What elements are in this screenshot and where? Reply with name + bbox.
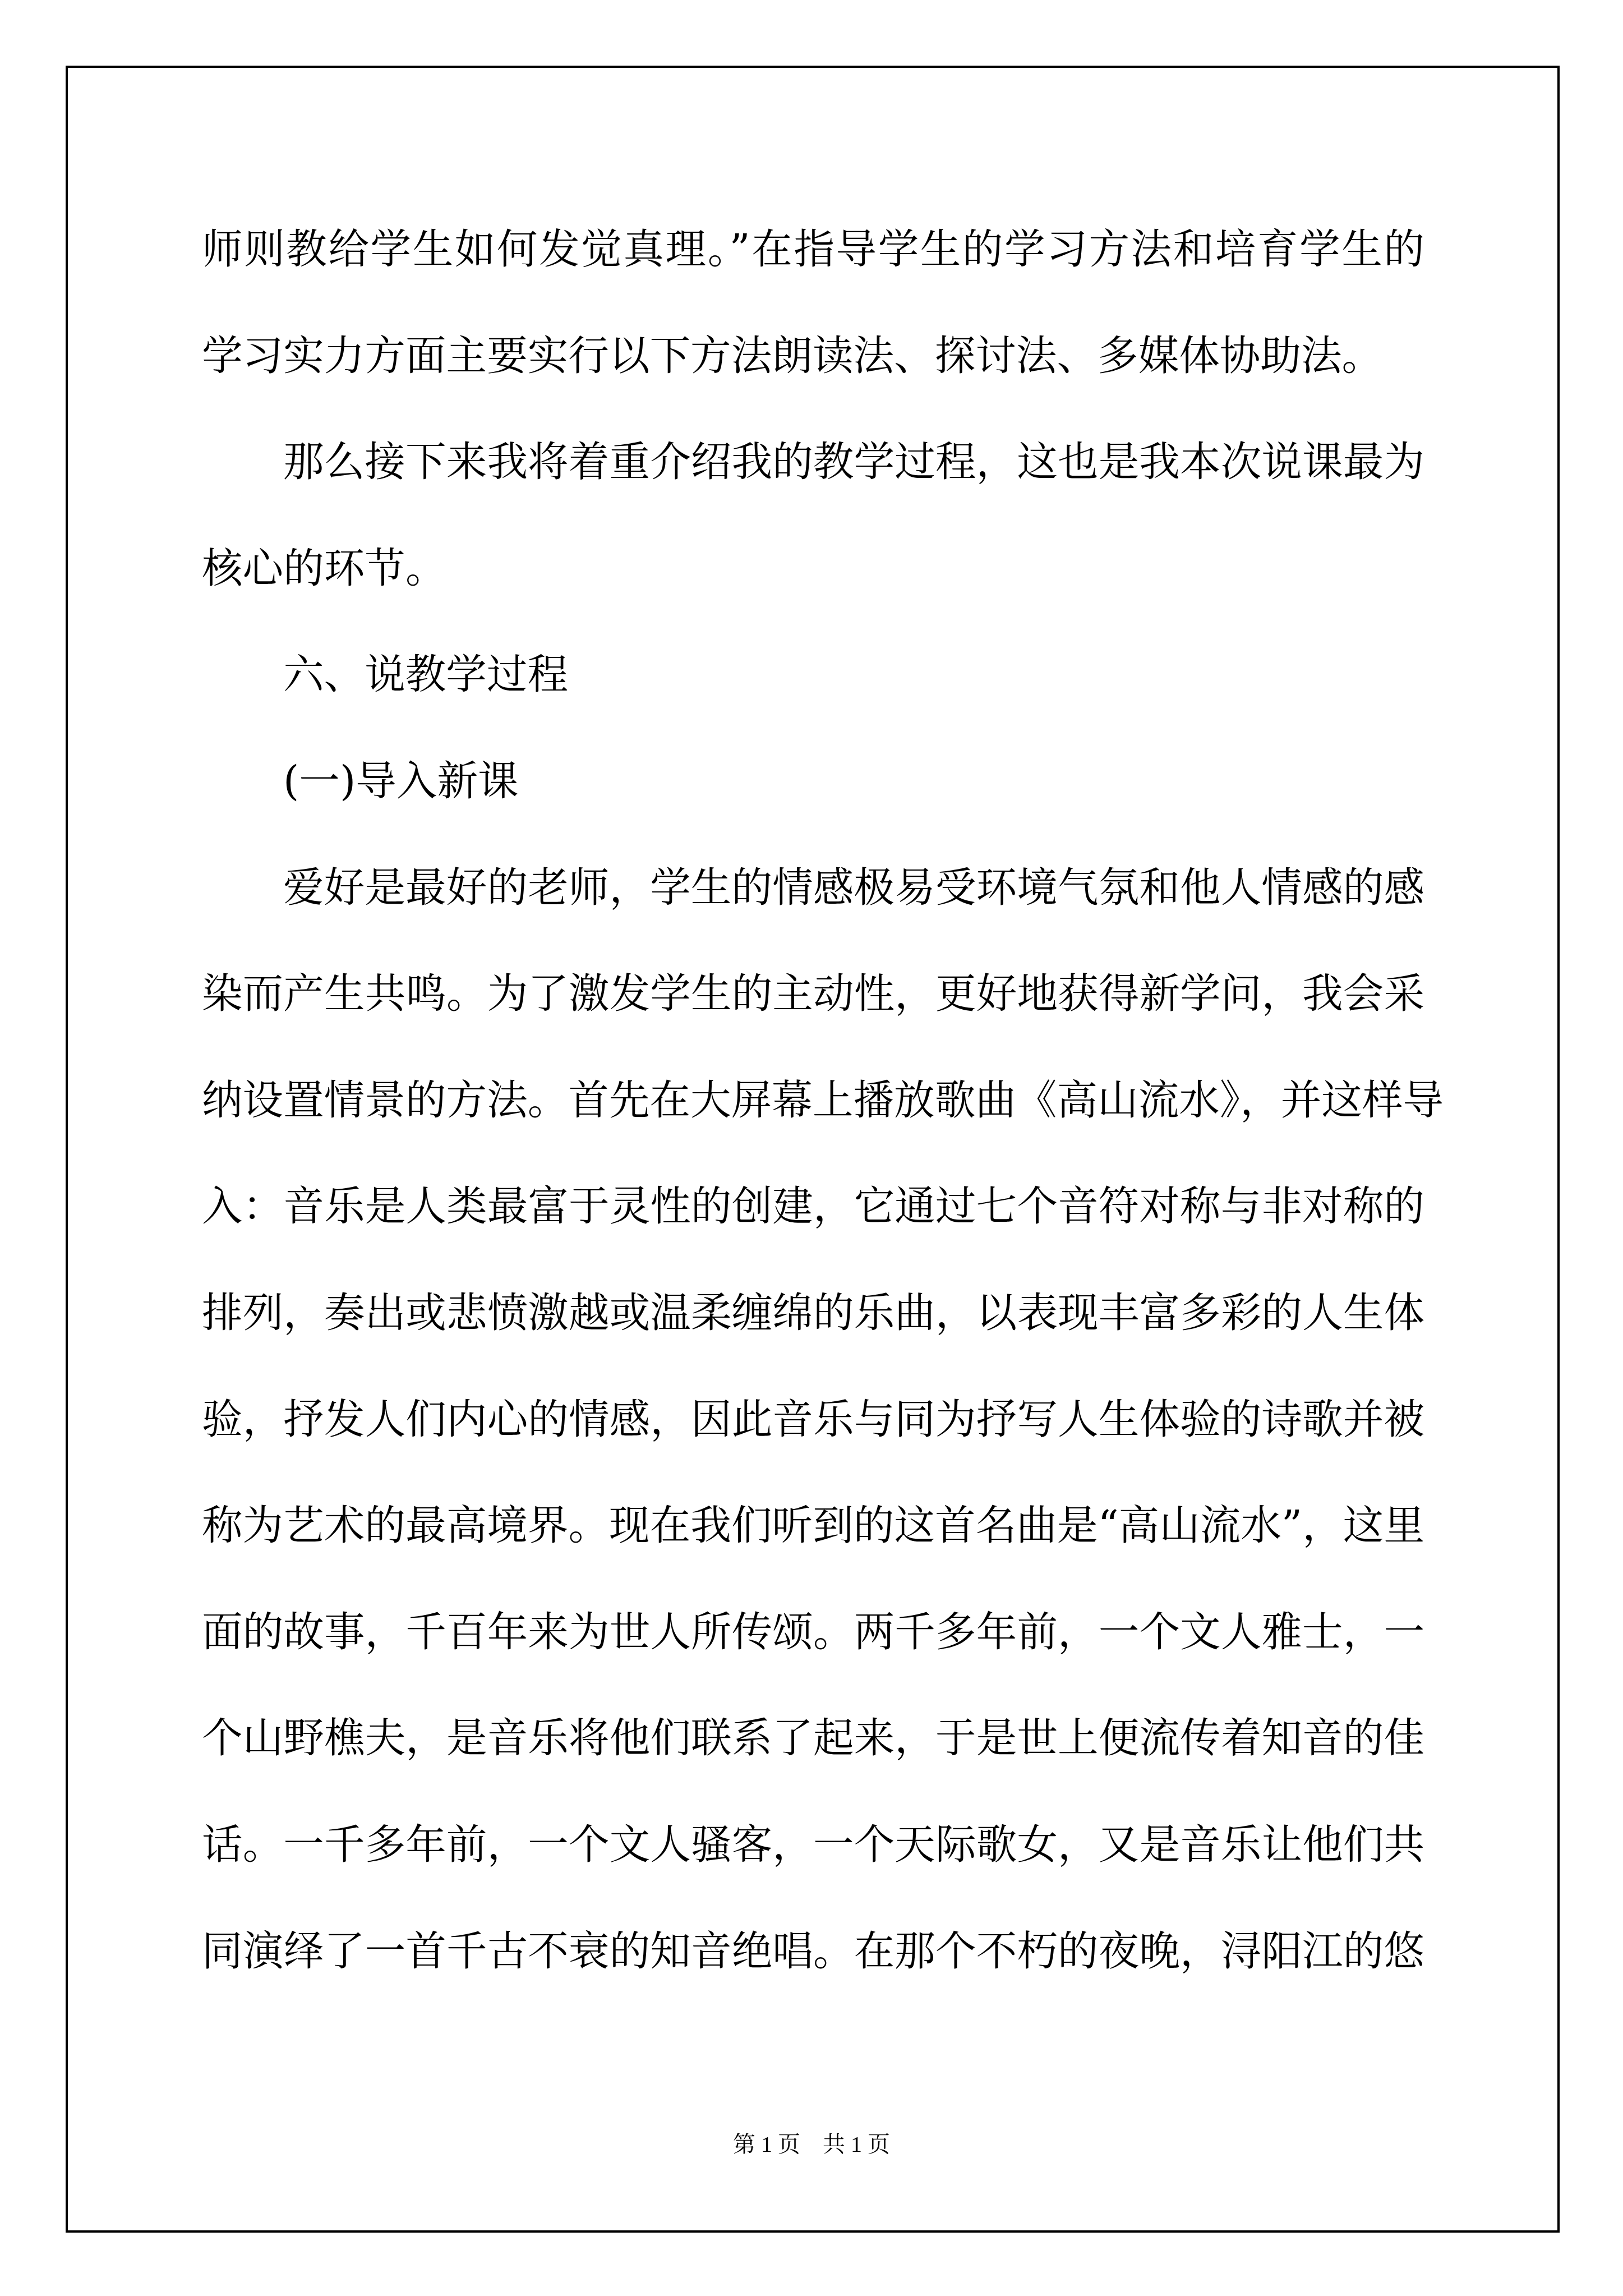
text-line-17: 同演绎了一首千古不衰的知音绝唱。在那个不朽的夜晚，浔阳江的悠 (202, 1898, 1424, 2005)
text-line-12: 验，抒发人们内心的情感，因此音乐与同为抒写人生体验的诗歌并被 (202, 1366, 1424, 1473)
section-heading: 六、说教学过程 (202, 622, 1424, 728)
text-line-9: 纳设置情景的方法。首先在大屏幕上播放歌曲《高山流水》，并这样导 (202, 1047, 1424, 1154)
text-line-15: 个山野樵夫，是音乐将他们联系了起来，于是世上便流传着知音的佳 (202, 1685, 1424, 1792)
text-line-1: 师则教给学生如何发觉真理。”在指导学生的学习方法和培育学生的 (202, 196, 1424, 303)
text-line-4: 核心的环节。 (202, 516, 1424, 622)
text-line-10: 入：音乐是人类最富于灵性的创建，它通过七个音符对称与非对称的 (202, 1153, 1424, 1260)
text-line-7: 爱好是最好的老师，学生的情感极易受环境气氛和他人情感的感 (202, 835, 1424, 941)
text-line-16: 话。一千多年前，一个文人骚客，一个天际歌女，又是音乐让他们共 (202, 1792, 1424, 1898)
text-line-13: 称为艺术的最高境界。现在我们听到的这首名曲是“高山流水”，这里 (202, 1473, 1424, 1579)
text-line-2: 学习实力方面主要实行以下方法朗读法、探讨法、多媒体协助法。 (202, 303, 1424, 409)
text-line-11: 排列，奏出或悲愤激越或温柔缠绵的乐曲，以表现丰富多彩的人生体 (202, 1260, 1424, 1366)
text-line-14: 面的故事，千百年来为世人所传颂。两千多年前，一个文人雅士，一 (202, 1579, 1424, 1686)
text-line-8: 染而产生共鸣。为了激发学生的主动性，更好地获得新学问，我会采 (202, 941, 1424, 1047)
page-number-footer: 第 1 页 共 1 页 (0, 2129, 1623, 2160)
subsection-heading: (一)导入新课 (202, 728, 1424, 835)
text-line-3: 那么接下来我将着重介绍我的教学过程，这也是我本次说课最为 (202, 409, 1424, 516)
